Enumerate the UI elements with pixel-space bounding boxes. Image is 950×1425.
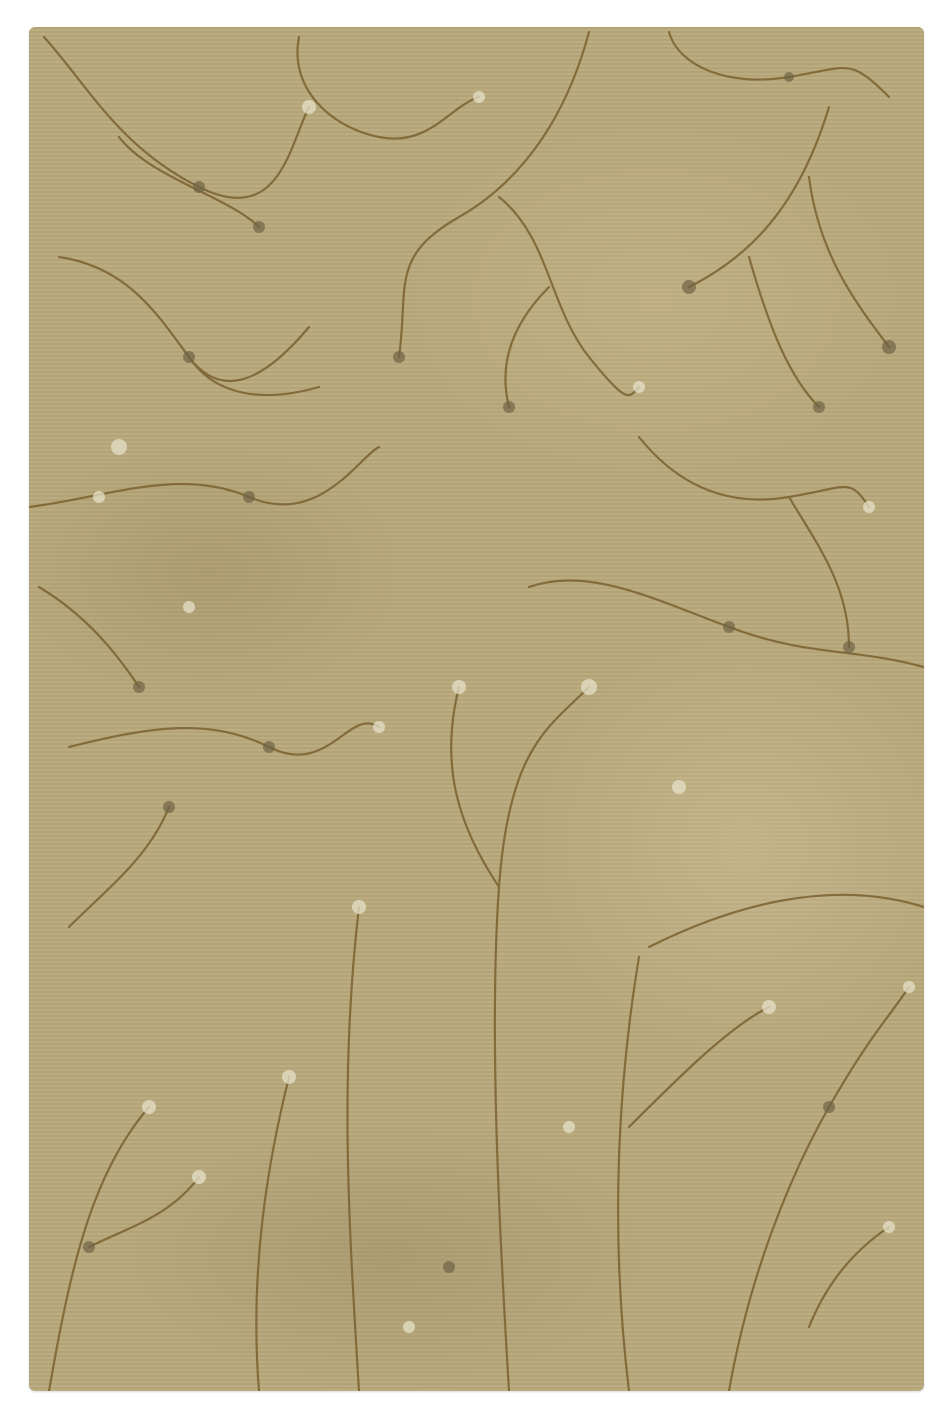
floral-vine-pattern [29, 27, 924, 1391]
rug [29, 27, 924, 1391]
